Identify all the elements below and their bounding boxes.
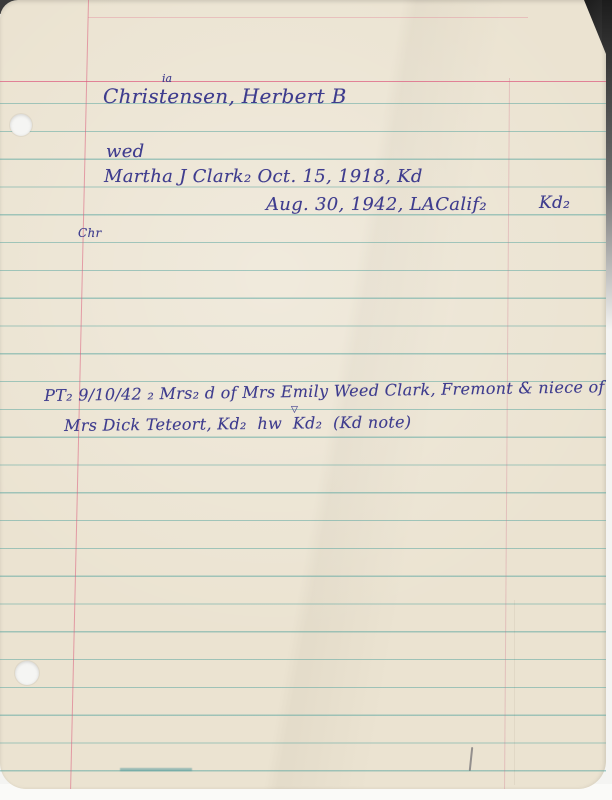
surname-heading: Christensen, Herbert B [103, 84, 347, 108]
left-margin-note: Chr [78, 226, 102, 240]
right-margin-note: Kd₂ [539, 193, 570, 213]
wed-label: wed [106, 141, 144, 162]
scanned-ledger-page: ia Christensen, Herbert B wed Martha J C… [0, 0, 612, 800]
faint-top-pink-line [88, 17, 528, 18]
paper-crease [514, 600, 515, 785]
hole-punch-bottom [15, 661, 39, 685]
second-date-line: Aug. 30, 1942, LACalif₂ [266, 194, 487, 215]
hole-punch-top [10, 114, 32, 136]
ruled-paper-sheet: ia Christensen, Herbert B wed Martha J C… [0, 0, 606, 789]
pt-note-line-2: Mrs Dick Teteort, Kd₂ hw Kd₂ (Kd note) [64, 412, 412, 435]
ink-smudge [120, 768, 192, 771]
marriage-line: Martha J Clark₂ Oct. 15, 1918, Kd [104, 166, 423, 187]
pink-header-line [0, 81, 606, 82]
